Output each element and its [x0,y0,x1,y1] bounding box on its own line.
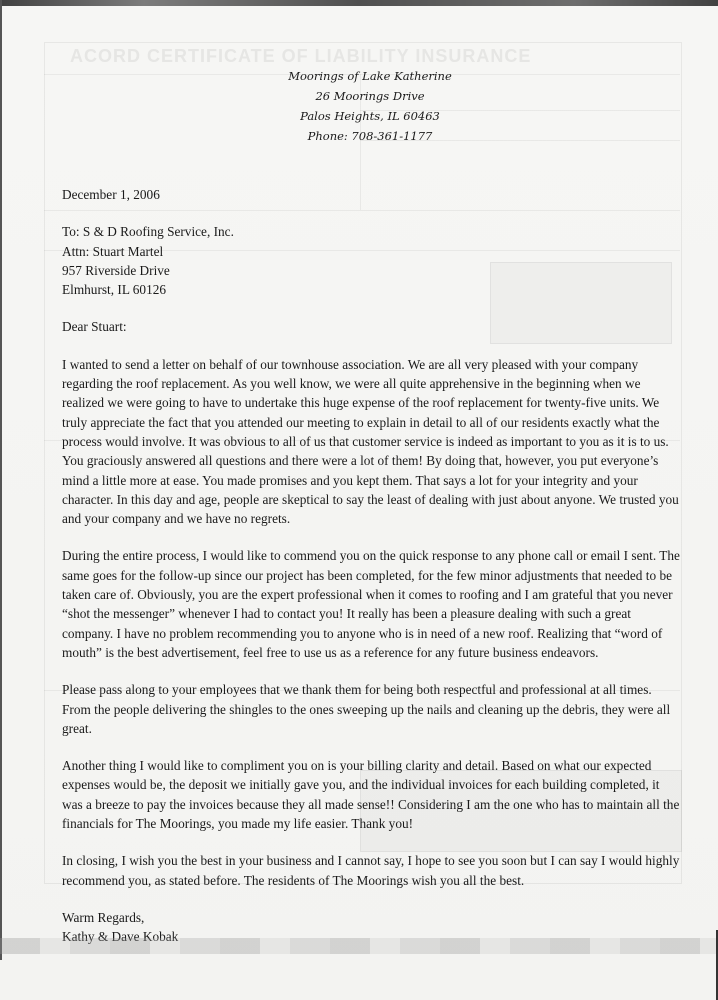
letter-body: December 1, 2006 To: S & D Roofing Servi… [62,185,682,946]
recipient-attn: Attn: Stuart Martel [62,242,682,261]
paragraph: Another thing I would like to compliment… [62,756,682,833]
scan-left-edge [0,0,2,960]
scanned-page: ACORD CERTIFICATE OF LIABILITY INSURANCE… [0,0,718,1000]
recipient-street: 957 Riverside Drive [62,261,682,280]
paragraph: During the entire process, I would like … [62,546,682,662]
closing: Warm Regards, [62,908,682,927]
letterhead-street: 26 Moorings Drive [270,86,470,106]
letterhead-name: Moorings of Lake Katherine [270,66,470,86]
salutation: Dear Stuart: [62,317,682,336]
scan-bottom-artifact [0,938,718,954]
scan-top-edge [0,0,718,6]
letterhead-city: Palos Heights, IL 60463 [270,106,470,126]
letterhead-phone: Phone: 708-361-1177 [270,126,470,146]
paragraph: In closing, I wish you the best in your … [62,851,682,890]
paragraph: Please pass along to your employees that… [62,680,682,738]
recipient-city: Elmhurst, IL 60126 [62,280,682,299]
recipient-company: To: S & D Roofing Service, Inc. [62,222,682,241]
letter-date: December 1, 2006 [62,185,682,204]
bleed-through-form-title: ACORD CERTIFICATE OF LIABILITY INSURANCE [70,46,531,67]
letterhead: Moorings of Lake Katherine 26 Moorings D… [270,66,470,146]
paragraph: I wanted to send a letter on behalf of o… [62,355,682,529]
